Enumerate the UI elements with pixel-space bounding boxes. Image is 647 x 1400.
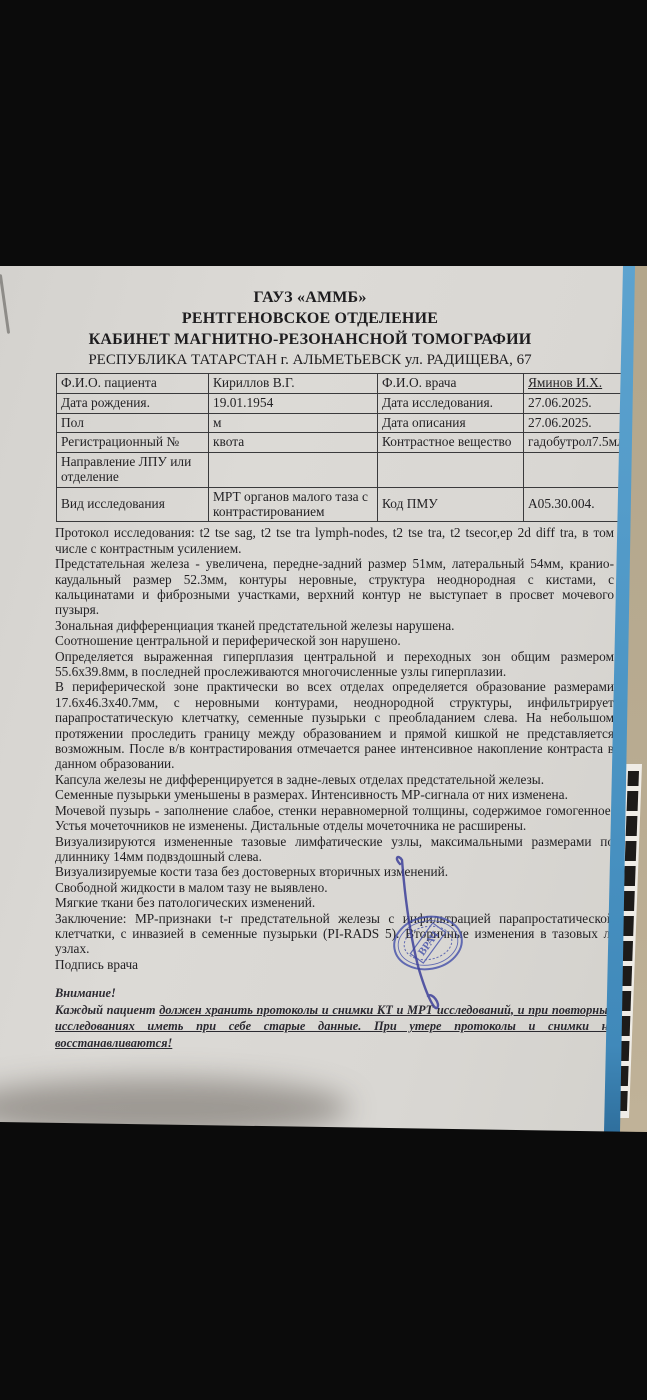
table-row: Направление ЛПУ или отделение bbox=[57, 453, 629, 488]
label-study-date: Дата исследования. bbox=[378, 393, 524, 413]
bladder-paragraph: Мочевой пузырь - заполнение слабое, стен… bbox=[55, 803, 614, 834]
table-row: Вид исследования МРТ органов малого таза… bbox=[57, 487, 629, 522]
cabinet-name: КАБИНЕТ МАГНИТНО-РЕЗОНАНСНОЙ ТОМОГРАФИИ bbox=[0, 329, 620, 350]
table-row: Дата рождения. 19.01.1954 Дата исследова… bbox=[57, 393, 629, 413]
value-service-code: А05.30.004. bbox=[524, 487, 629, 522]
value-contrast-agent: гадобутрол7.5мл bbox=[524, 433, 629, 453]
seminal-vesicles-paragraph: Семенные пузырьки уменьшены в размерах. … bbox=[55, 787, 614, 802]
protocol-paragraph: Протокол исследования: t2 tse sag, t2 ts… bbox=[55, 525, 614, 556]
value-patient-name: Кириллов В.Г. bbox=[209, 374, 378, 394]
medical-report: ГАУЗ «АММБ» РЕНТГЕНОВСКОЕ ОТДЕЛЕНИЕ КАБИ… bbox=[0, 287, 620, 1051]
hyperplasia-paragraph: Определяется выраженная гиперплазия цент… bbox=[55, 649, 614, 680]
label-description-date: Дата описания bbox=[378, 413, 524, 433]
peripheral-zone-paragraph: В периферической зоне практически во все… bbox=[55, 679, 614, 771]
soft-tissue-paragraph: Мягкие ткани без патологических изменени… bbox=[55, 895, 614, 910]
label-birth-date: Дата рождения. bbox=[57, 393, 209, 413]
zones-ratio-paragraph: Соотношение центральной и периферической… bbox=[55, 633, 614, 648]
lymph-nodes-paragraph: Визуализируются измененные тазовые лимфа… bbox=[55, 834, 614, 865]
value-referral bbox=[209, 453, 378, 488]
label-patient-name: Ф.И.О. пациента bbox=[57, 374, 209, 394]
table-row: Регистрационный № квота Контрастное веще… bbox=[57, 433, 629, 453]
label-registration-number: Регистрационный № bbox=[57, 433, 209, 453]
table-row: Пол м Дата описания 27.06.2025. bbox=[57, 413, 629, 433]
value-registration-number: квота bbox=[209, 433, 378, 453]
attention-lead: Каждый пациент bbox=[55, 1003, 159, 1017]
attention-body: Каждый пациент должен хранить протоколы … bbox=[55, 1002, 614, 1052]
label-study-type: Вид исследования bbox=[57, 487, 209, 522]
label-sex: Пол bbox=[57, 413, 209, 433]
fluid-paragraph: Свободной жидкости в малом тазу не выявл… bbox=[55, 880, 614, 895]
org-address: РЕСПУБЛИКА ТАТАРСТАН г. АЛЬМЕТЬЕВСК ул. … bbox=[0, 350, 620, 370]
value-sex: м bbox=[209, 413, 378, 433]
value-study-type: МРТ органов малого таза с контрастирован… bbox=[209, 487, 378, 522]
prostate-paragraph: Предстательная железа - увеличена, перед… bbox=[55, 556, 614, 618]
capsule-paragraph: Капсула железы не дифференцируется в зад… bbox=[55, 772, 614, 787]
patient-info-table: Ф.И.О. пациента Кириллов В.Г. Ф.И.О. вра… bbox=[56, 373, 629, 522]
table-row: Ф.И.О. пациента Кириллов В.Г. Ф.И.О. вра… bbox=[57, 374, 629, 394]
report-header: ГАУЗ «АММБ» РЕНТГЕНОВСКОЕ ОТДЕЛЕНИЕ КАБИ… bbox=[0, 287, 620, 370]
doctor-signature-label: Подпись врача bbox=[55, 957, 614, 972]
label-referral: Направление ЛПУ или отделение bbox=[57, 453, 209, 488]
letterbox-bottom bbox=[0, 1122, 647, 1400]
department-name: РЕНТГЕНОВСКОЕ ОТДЕЛЕНИЕ bbox=[0, 308, 620, 329]
attention-note: Внимание! Каждый пациент должен хранить … bbox=[55, 985, 614, 1051]
empty-cell bbox=[378, 453, 524, 488]
document-photo: ГАУЗ «АММБ» РЕНТГЕНОВСКОЕ ОТДЕЛЕНИЕ КАБИ… bbox=[0, 266, 647, 1132]
attention-title: Внимание! bbox=[55, 985, 614, 1002]
value-birth-date: 19.01.1954 bbox=[209, 393, 378, 413]
conclusion-paragraph: Заключение: МР-признаки t-r предстательн… bbox=[55, 911, 614, 957]
bones-paragraph: Визуализируемые кости таза без достоверн… bbox=[55, 864, 614, 879]
letterbox-top bbox=[0, 0, 647, 266]
label-doctor-name: Ф.И.О. врача bbox=[378, 374, 524, 394]
paper-sheet: ГАУЗ «АММБ» РЕНТГЕНОВСКОЕ ОТДЕЛЕНИЕ КАБИ… bbox=[0, 266, 647, 1132]
report-body: Протокол исследования: t2 tse sag, t2 ts… bbox=[55, 525, 614, 1051]
empty-cell bbox=[524, 453, 629, 488]
value-description-date: 27.06.2025. bbox=[524, 413, 629, 433]
value-doctor-name: Яминов И.Х. bbox=[524, 374, 629, 394]
label-contrast-agent: Контрастное вещество bbox=[378, 433, 524, 453]
label-service-code: Код ПМУ bbox=[378, 487, 524, 522]
zonal-paragraph: Зональная дифференциация тканей предстат… bbox=[55, 618, 614, 633]
org-name: ГАУЗ «АММБ» bbox=[0, 287, 620, 308]
value-study-date: 27.06.2025. bbox=[524, 393, 629, 413]
